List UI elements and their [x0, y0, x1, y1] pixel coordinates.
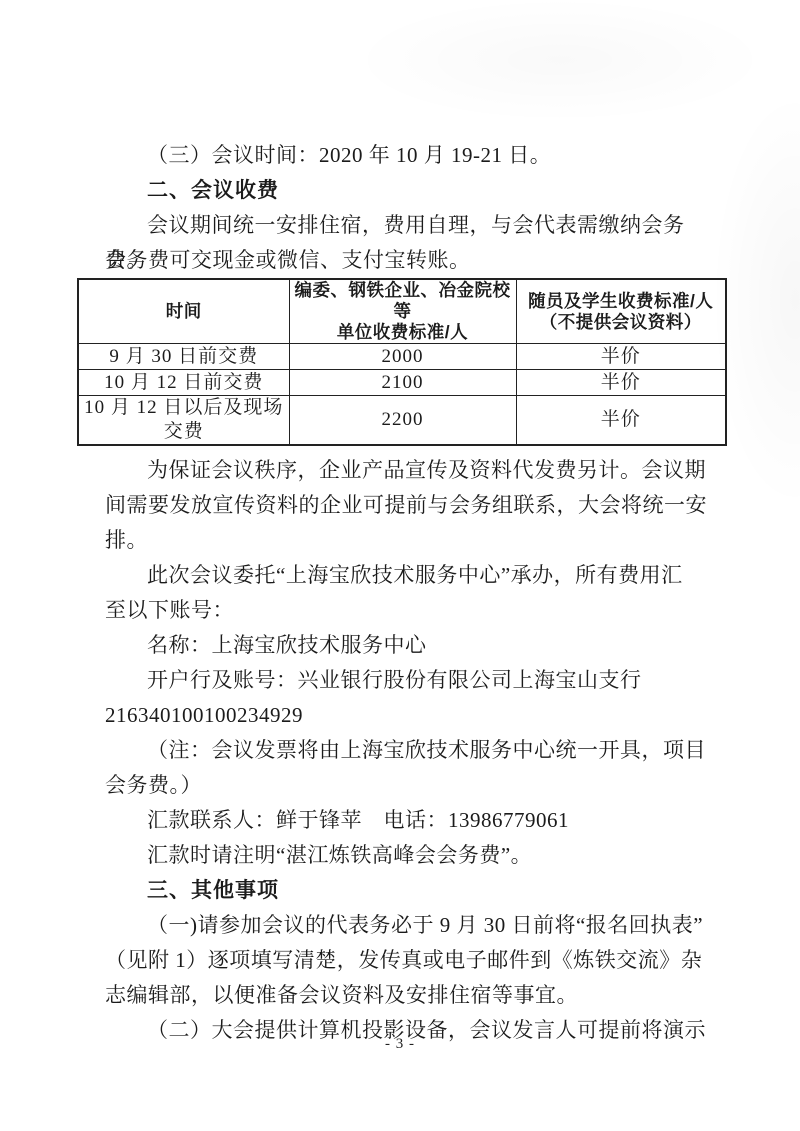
fee-standard-cell: 2000 — [289, 344, 516, 370]
item-one-line: （见附 1）逐项填写清楚，发传真或电子邮件到《炼铁交流》杂 — [105, 943, 720, 978]
account-name-line: 名称：上海宝欣技术服务中心 — [105, 628, 720, 663]
section-heading-other: 三、其他事项 — [105, 873, 720, 908]
fees-paragraph-line: 会议期间统一安排住宿，费用自理，与会代表需缴纳会务费。 — [105, 208, 720, 243]
fees-paragraph-line: 会务费可交现金或微信、支付宝转账。 — [105, 243, 720, 278]
order-paragraph-line: 为保证会议秩序，企业产品宣传及资料代发费另计。会议期 — [105, 453, 720, 488]
fee-time-cell: 10 月 12 日以后及现场交费 — [78, 396, 289, 446]
invoice-note-line: 会务费。） — [105, 768, 720, 803]
fee-time-cell: 9 月 30 日前交费 — [78, 344, 289, 370]
entrust-paragraph-line: 此次会议委托“上海宝欣技术服务中心”承办，所有费用汇 — [105, 558, 720, 593]
section-heading-fees: 二、会议收费 — [105, 173, 720, 208]
fee-table-row: 10 月 12 日以后及现场交费 2200 半价 — [78, 396, 726, 446]
invoice-note-line: （注：会议发票将由上海宝欣技术服务中心统一开具，项目 — [105, 733, 720, 768]
fee-table-header-standard: 编委、钢铁企业、冶金院校等 单位收费标准/人 — [289, 279, 516, 344]
fee-table-header-attendant: 随员及学生收费标准/人 （不提供会议资料） — [516, 279, 726, 344]
bank-line: 开户行及账号：兴业银行股份有限公司上海宝山支行 — [105, 663, 720, 698]
account-number-line: 216340100100234929 — [105, 698, 720, 733]
fee-attendant-cell: 半价 — [516, 344, 726, 370]
document-body: （三）会议时间：2020 年 10 月 19-21 日。 二、会议收费 会议期间… — [105, 138, 720, 1048]
item-one-line: 志编辑部，以便准备会议资料及安排住宿等事宜。 — [105, 978, 720, 1013]
fee-time-cell: 10 月 12 日前交费 — [78, 370, 289, 396]
fee-table-row: 9 月 30 日前交费 2000 半价 — [78, 344, 726, 370]
entrust-paragraph-line: 至以下账号： — [105, 593, 720, 628]
fee-standard-cell: 2100 — [289, 370, 516, 396]
fee-table-row: 10 月 12 日前交费 2100 半价 — [78, 370, 726, 396]
fee-table: 时间 编委、钢铁企业、冶金院校等 单位收费标准/人 随员及学生收费标准/人 （不… — [77, 278, 727, 446]
page-number: - 3 - — [0, 1036, 800, 1053]
meeting-time-line: （三）会议时间：2020 年 10 月 19-21 日。 — [105, 138, 720, 173]
order-paragraph-line: 间需要发放宣传资料的企业可提前与会务组联系，大会将统一安 — [105, 488, 720, 523]
item-one-line: （一)请参加会议的代表务必于 9 月 30 日前将“报名回执表” — [105, 908, 720, 943]
fee-table-header-row: 时间 编委、钢铁企业、冶金院校等 单位收费标准/人 随员及学生收费标准/人 （不… — [78, 279, 726, 344]
remit-memo-line: 汇款时请注明“湛江炼铁高峰会会务费”。 — [105, 838, 720, 873]
fee-attendant-cell: 半价 — [516, 396, 726, 446]
remit-contact-line: 汇款联系人：鲜于锋苹 电话：13986779061 — [105, 803, 720, 838]
document-page: （三）会议时间：2020 年 10 月 19-21 日。 二、会议收费 会议期间… — [0, 0, 800, 1131]
fee-attendant-cell: 半价 — [516, 370, 726, 396]
order-paragraph-line: 排。 — [105, 523, 720, 558]
fee-table-header-time: 时间 — [78, 279, 289, 344]
fee-standard-cell: 2200 — [289, 396, 516, 446]
